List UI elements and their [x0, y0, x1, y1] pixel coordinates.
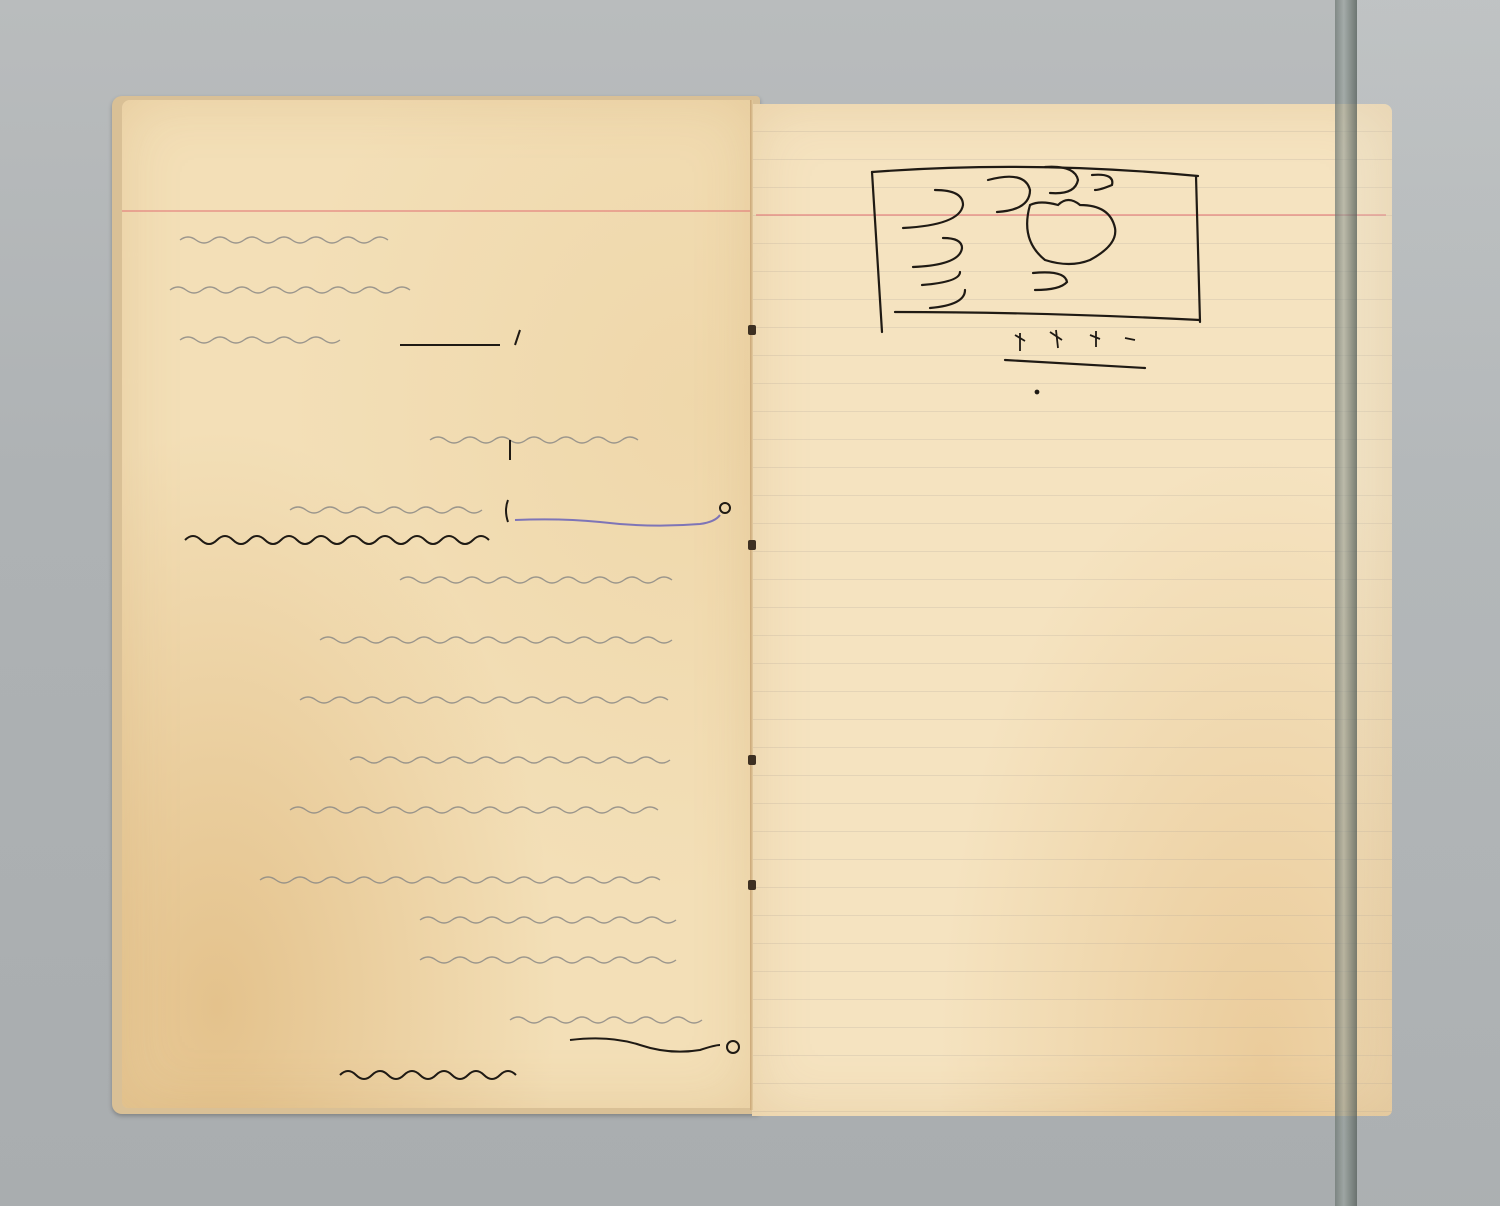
blue-pencil-underline	[515, 515, 720, 526]
glass-plate-edge	[1335, 0, 1357, 1206]
pencil-notes	[170, 237, 702, 1023]
ink-notes	[185, 330, 739, 1079]
notebook-scan	[0, 0, 1500, 1206]
handwriting-layer	[0, 0, 1500, 1206]
glass-plate	[1357, 0, 1500, 1206]
sketch-drawing	[872, 167, 1200, 368]
